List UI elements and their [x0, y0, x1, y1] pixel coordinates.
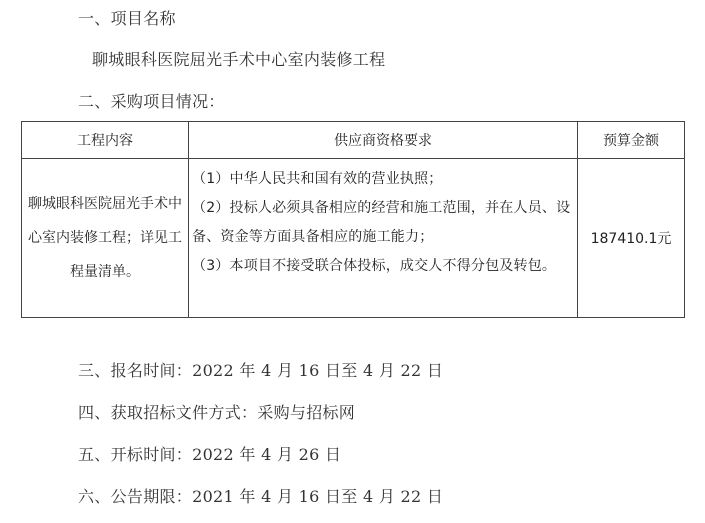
section-6-notice-period: 六、公告期限：2021 年 4 月 16 日至 4 月 22 日	[78, 484, 443, 507]
project-name: 聊城眼科医院屈光手术中心室内装修工程	[92, 47, 385, 70]
cell-budget: 187410.1元	[578, 159, 685, 318]
procurement-table: 工程内容 供应商资格要求 预算金额 聊城眼科医院屈光手术中心室内装修工程；详见工…	[21, 121, 685, 318]
table-row: 聊城眼科医院屈光手术中心室内装修工程；详见工程量清单。 （1）中华人民共和国有效…	[22, 159, 685, 318]
section-5-bid-opening-time: 五、开标时间：2022 年 4 月 26 日	[78, 442, 341, 465]
header-budget: 预算金额	[578, 122, 685, 159]
section-3-registration-time: 三、报名时间：2022 年 4 月 16 日至 4 月 22 日	[78, 358, 443, 381]
requirement-item: （3）本项目不接受联合体投标，成交人不得分包及转包。	[192, 252, 575, 281]
cell-content: 聊城眼科医院屈光手术中心室内装修工程；详见工程量清单。	[22, 159, 189, 318]
requirement-item: （2）投标人必须具备相应的经营和施工范围，并在人员、设备、资金等方面具备相应的施…	[192, 194, 575, 252]
section-1-heading: 一、项目名称	[78, 6, 176, 29]
header-content: 工程内容	[22, 122, 189, 159]
table-header-row: 工程内容 供应商资格要求 预算金额	[22, 122, 685, 159]
cell-requirements: （1）中华人民共和国有效的营业执照； （2）投标人必须具备相应的经营和施工范围，…	[189, 159, 578, 318]
header-requirements: 供应商资格要求	[189, 122, 578, 159]
section-2-heading: 二、采购项目情况：	[78, 89, 225, 112]
requirement-item: （1）中华人民共和国有效的营业执照；	[192, 165, 575, 194]
section-4-document-method: 四、获取招标文件方式：采购与招标网	[78, 400, 355, 423]
